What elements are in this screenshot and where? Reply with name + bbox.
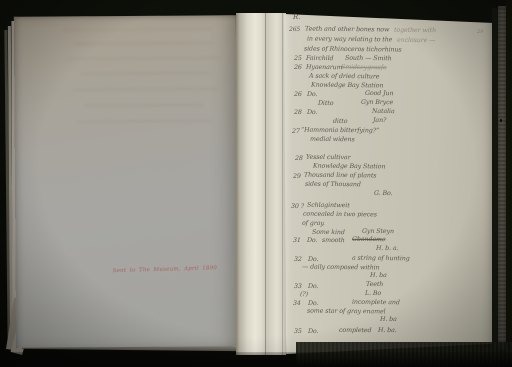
red-ink-inscription: Sent to The Museum, April 1890 bbox=[113, 265, 223, 274]
right-page bbox=[284, 13, 494, 354]
gutter-page-edge-line bbox=[282, 13, 283, 355]
photograph-of-open-book: Sent to The Museum, April 1890 29 R.265T… bbox=[0, 0, 512, 367]
bottom-shadow bbox=[0, 352, 512, 367]
show-through-mark bbox=[62, 27, 212, 31]
show-through-mark bbox=[80, 71, 210, 75]
folio-number: 29 bbox=[477, 29, 483, 35]
show-through-mark bbox=[77, 119, 212, 123]
show-through-mark bbox=[72, 87, 217, 91]
book-cover-edge bbox=[506, 0, 512, 367]
dust-speck bbox=[500, 119, 502, 122]
show-through-mark bbox=[66, 56, 221, 60]
page-block-edge bbox=[498, 6, 506, 350]
gutter-page-edge-line bbox=[265, 13, 266, 355]
book-gutter bbox=[236, 13, 286, 355]
left-page: Sent to The Museum, April 1890 bbox=[14, 15, 238, 348]
show-through-mark bbox=[84, 103, 204, 107]
show-through-mark bbox=[74, 41, 214, 45]
